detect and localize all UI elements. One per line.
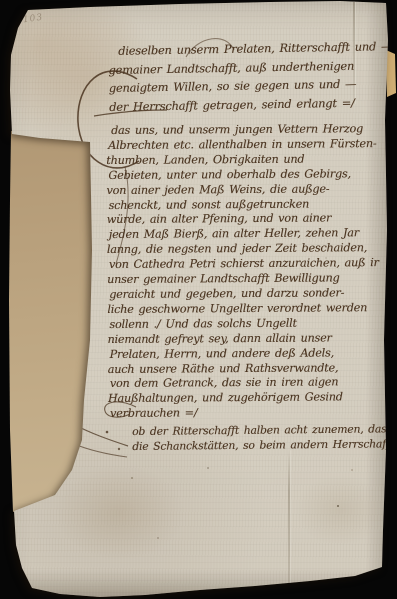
text-line: das uns, und unserm jungen Vettern Herzo… — [111, 122, 378, 139]
paper-stain — [295, 475, 385, 545]
margin-swash-upper — [73, 424, 128, 446]
text-line: Haußhaltungen, und zugehörigem Gesind — [108, 390, 380, 407]
paragraph-2: das uns, und unserm jungen Vettern Herzo… — [106, 122, 380, 422]
margin-dot — [118, 448, 120, 450]
page-shadow-wrap: 103 dieselben unserm Prelaten, Rittersch… — [0, 0, 397, 599]
text-line: verbrauchen =/ — [110, 405, 380, 422]
paragraph-3: ob der Ritterschafft halben acht zunemen… — [132, 421, 397, 455]
margin-swash-lower — [74, 444, 127, 457]
paper-stain — [55, 465, 185, 560]
text-line: der Herrschafft getragen, seind erlangt … — [109, 93, 393, 117]
text-line: Albrechten etc. allenthalben in unsern F… — [108, 137, 378, 154]
text-line: die Schanckstätten, so beim andern Herrs… — [132, 437, 397, 455]
text-line: Gebieten, unter und oberhalb des Gebirgs… — [108, 167, 378, 184]
margin-dot — [106, 431, 109, 434]
text-line: liche geschworne Ungellter verordnet wer… — [107, 301, 379, 318]
paragraph-1: dieselben unserm Prelaten, Ritterschafft… — [108, 37, 393, 116]
manuscript-scan: 103 dieselben unserm Prelaten, Rittersch… — [0, 0, 397, 599]
fold-crease-bottom-right — [288, 450, 290, 590]
folio-number-pencil: 103 — [22, 13, 43, 26]
manuscript-page: 103 dieselben unserm Prelaten, Rittersch… — [0, 0, 397, 599]
text-line: geraicht und gegeben, und darzu sonder- — [109, 286, 379, 303]
